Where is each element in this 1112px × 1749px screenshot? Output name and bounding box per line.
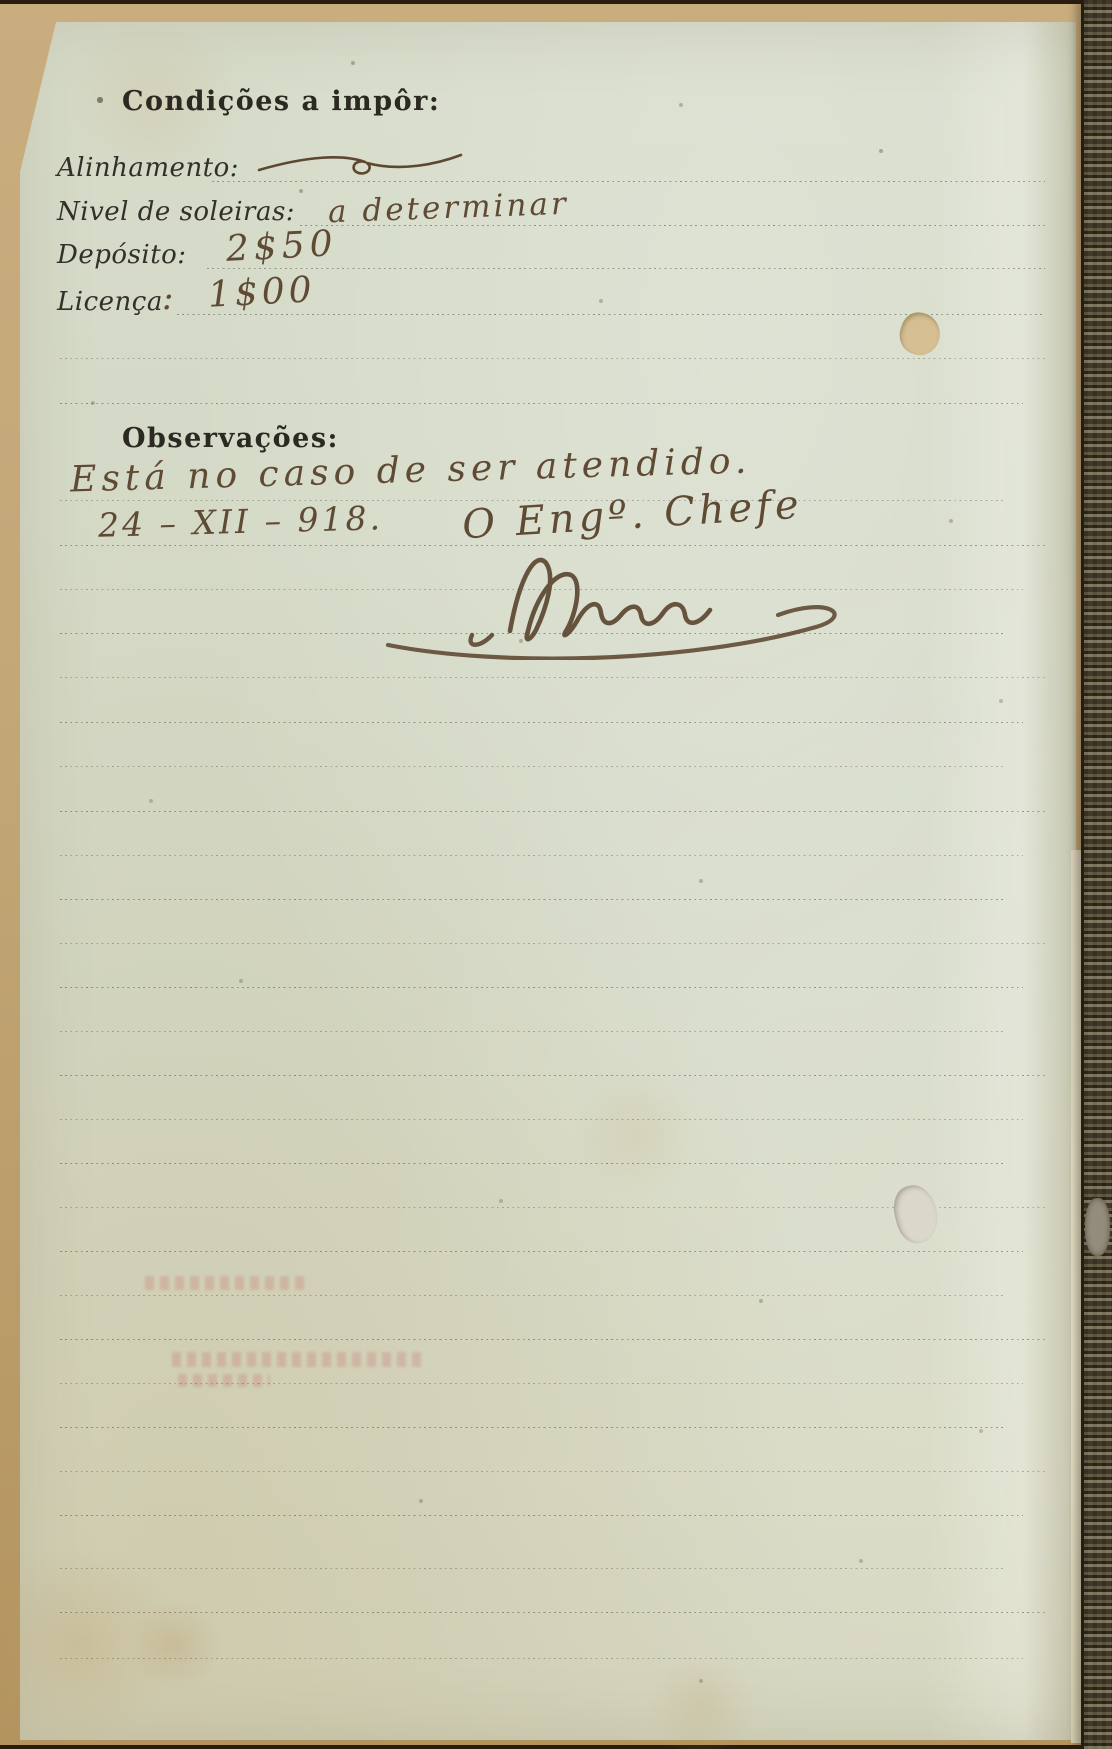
ruled-line — [60, 1295, 1003, 1297]
ruled-line — [60, 1515, 1023, 1517]
field-value-licenca: 1$00 — [207, 269, 317, 316]
conditions-title: Condições a impôr: — [122, 86, 440, 117]
field-label-alinhamento: Alinhamento: — [57, 153, 239, 183]
page-content: Condições a impôr: Alinhamento: Nivel de… — [0, 0, 1112, 1749]
age-stain — [0, 1540, 190, 1749]
ruled-line — [60, 899, 1003, 901]
ruled-line — [60, 1471, 1045, 1473]
observations-title: Observações: — [122, 423, 339, 454]
ruled-line — [212, 181, 1045, 183]
age-stain — [620, 1660, 780, 1749]
ruled-line — [60, 855, 1023, 857]
field-label-nivel-de-soleiras: Nivel de soleiras: — [57, 197, 295, 227]
ruled-line — [60, 1568, 1003, 1570]
field-value-nivel-de-soleiras: a determinar — [327, 186, 569, 230]
ruled-line — [60, 1251, 1023, 1253]
paper-speckles — [0, 0, 2, 2]
ruled-line — [60, 358, 1045, 360]
ruled-line — [60, 589, 1023, 591]
ruled-line — [60, 1658, 1023, 1660]
scanned-document-page: Condições a impôr: Alinhamento: Nivel de… — [0, 0, 1112, 1749]
ruled-line — [60, 1383, 1023, 1385]
ruled-line — [60, 677, 1045, 679]
alinhamento-handwritten-mark — [255, 146, 465, 180]
ruled-line — [60, 403, 1023, 405]
ruled-line — [60, 1163, 1003, 1165]
ruled-line — [60, 500, 1003, 502]
age-stain — [120, 1590, 230, 1700]
ruled-line — [300, 225, 1045, 227]
ruled-line — [60, 1119, 1023, 1121]
binding-damage-spot — [1085, 1198, 1110, 1256]
ruled-line — [60, 766, 1003, 768]
ruled-line — [60, 722, 1023, 724]
faint-red-stamp — [145, 1276, 305, 1290]
observation-date-handwriting: 24 – XII – 918. — [98, 498, 384, 544]
signature-handwriting — [360, 535, 880, 660]
age-stain — [560, 1060, 710, 1210]
handwritten-colon: : — [162, 278, 173, 318]
ruled-line — [60, 545, 1045, 547]
faint-red-stamp — [172, 1352, 422, 1367]
field-label-licenca: Licença — [57, 287, 163, 317]
field-label-deposito: Depósito: — [57, 240, 187, 270]
ruled-line — [60, 943, 1045, 945]
faint-red-stamp — [178, 1374, 270, 1387]
ruled-line — [60, 1612, 1045, 1614]
ruled-line — [60, 1031, 1003, 1033]
ruled-line — [60, 811, 1045, 813]
ruled-line — [60, 987, 1023, 989]
ruled-line — [60, 1075, 1045, 1077]
field-value-deposito: 2$50 — [225, 223, 339, 270]
ruled-line — [60, 633, 1003, 635]
ruled-line — [60, 1339, 1045, 1341]
ruled-line — [60, 1427, 1003, 1429]
ruled-line — [207, 268, 1045, 270]
